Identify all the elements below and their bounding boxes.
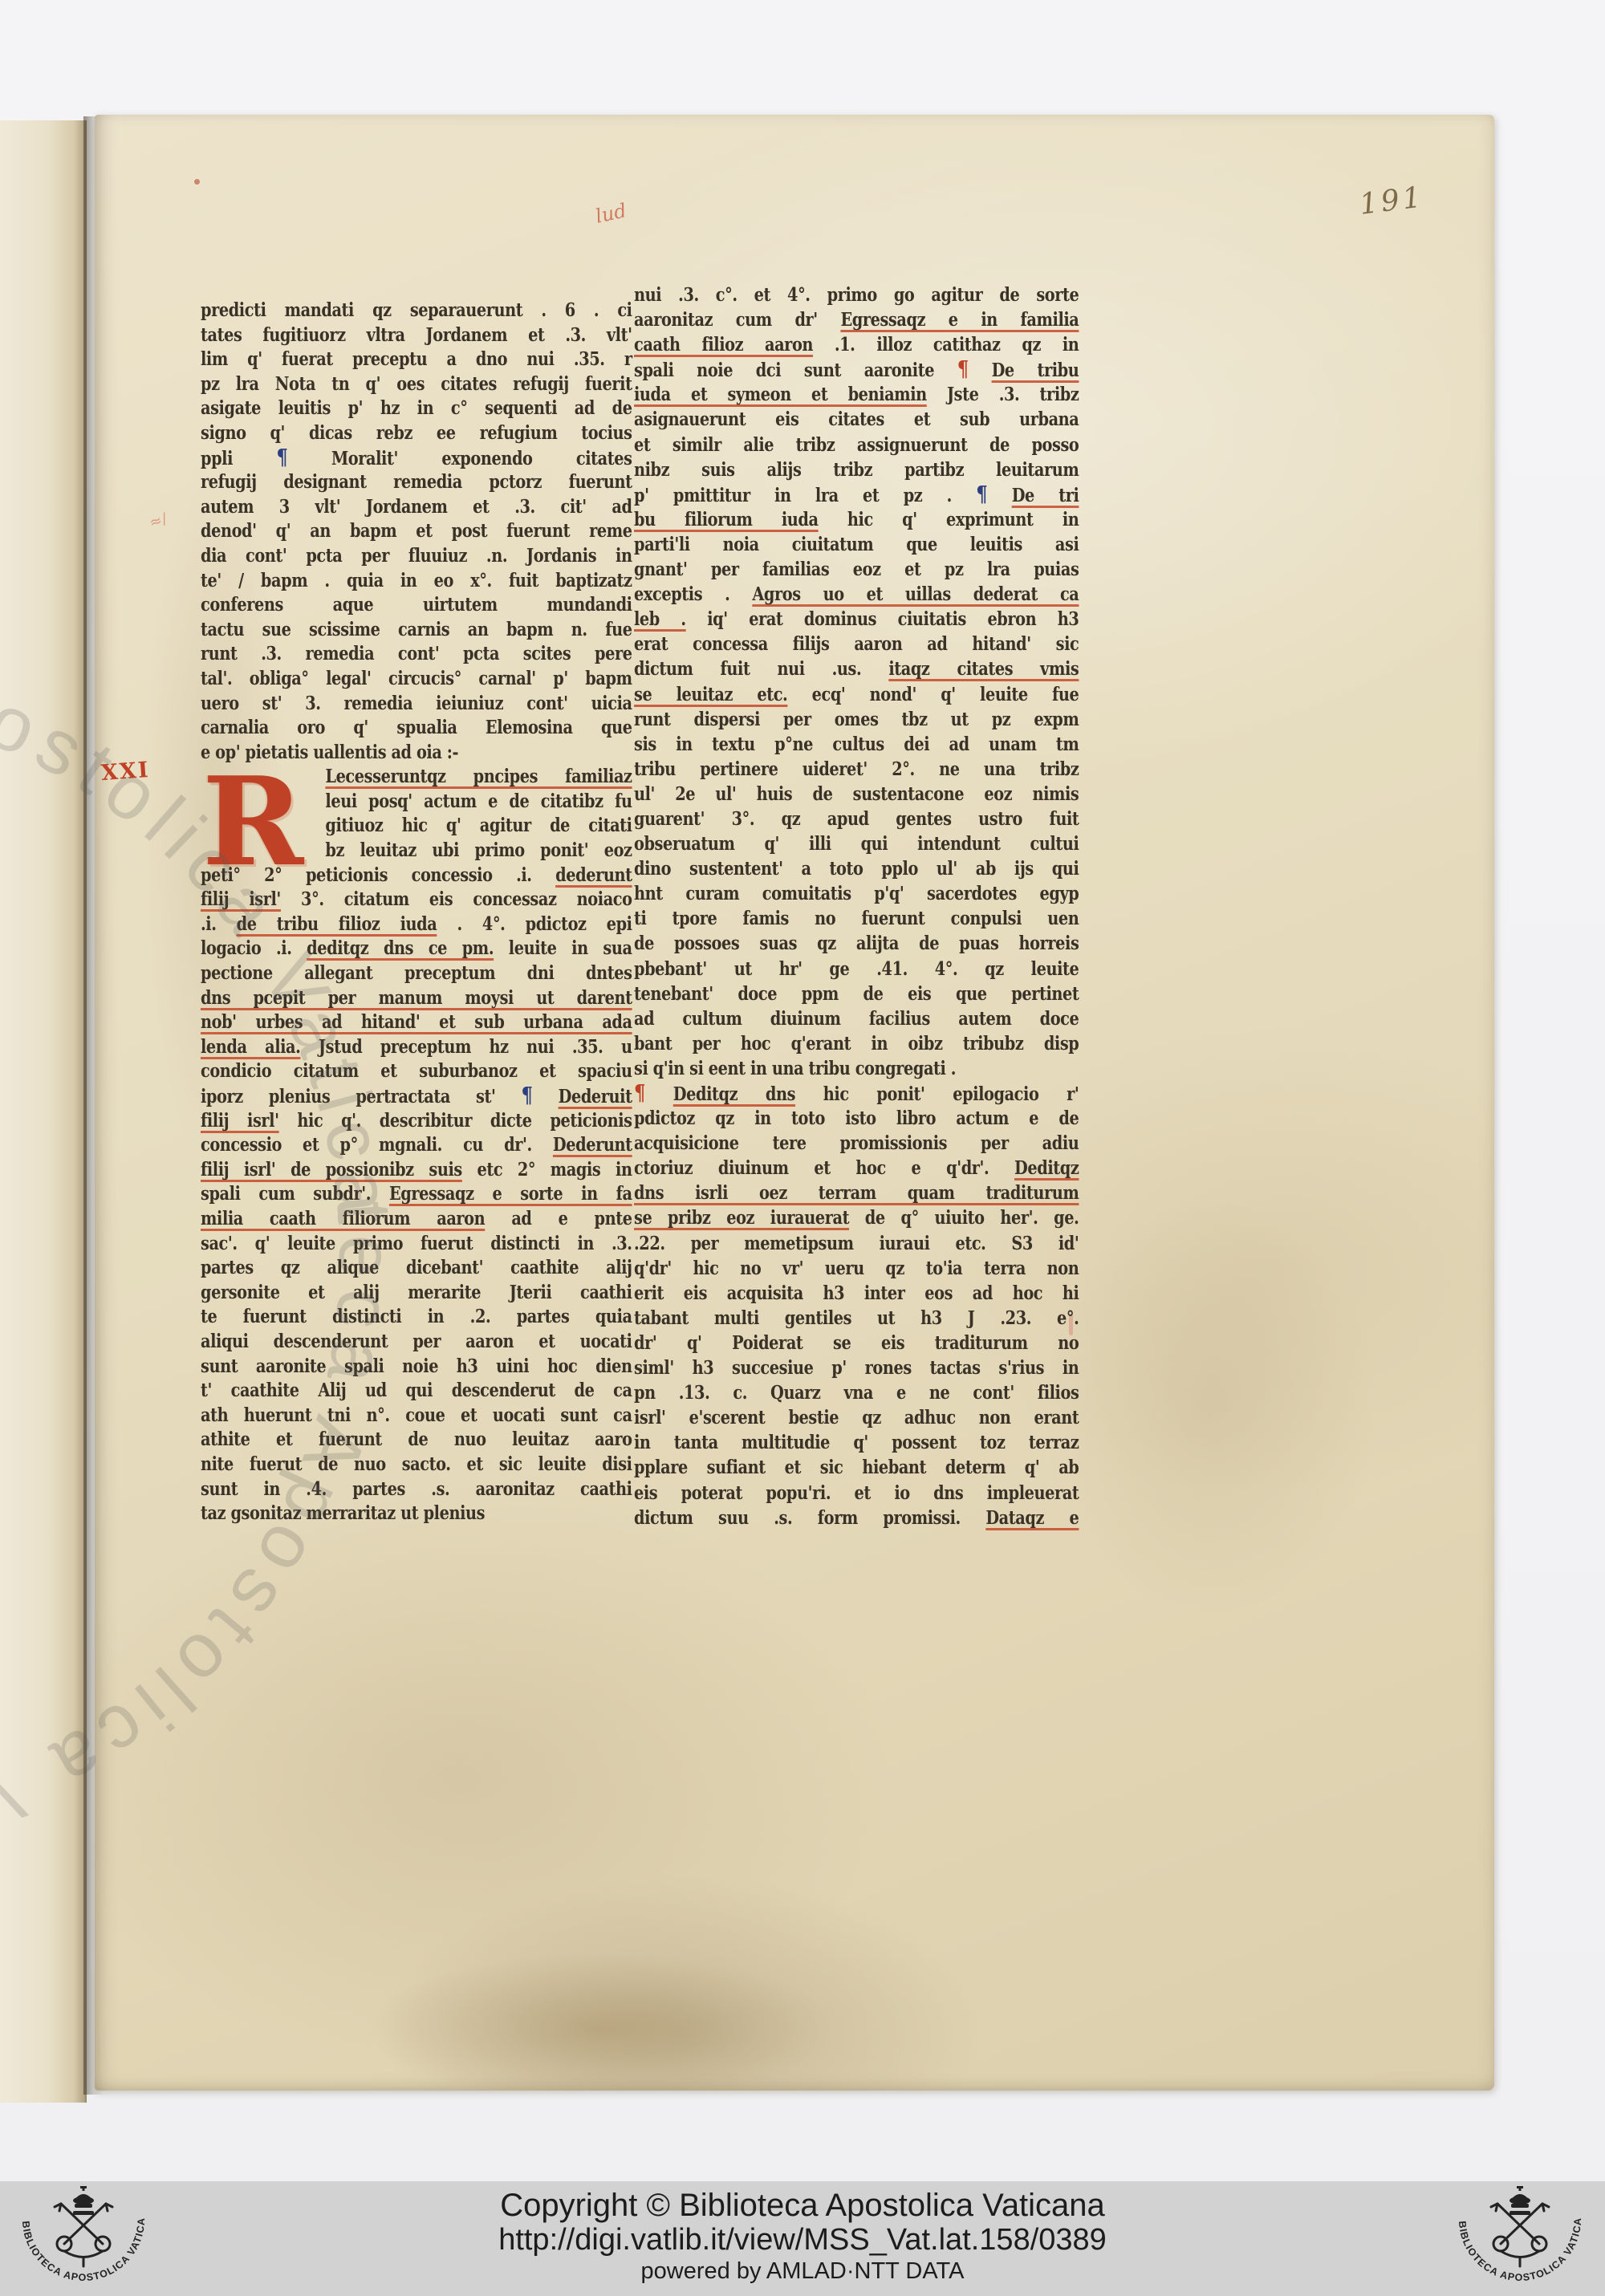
manuscript-line: ad cultum diuinum facilius autem doce bbox=[634, 1006, 1079, 1031]
manuscript-line: tabant multi gentiles ut h3 J .23. e°. bbox=[634, 1306, 1079, 1331]
manuscript-line: nite fuerut de nuo sacto. et sic leuite … bbox=[201, 1453, 632, 1477]
manuscript-line: obseruatum q' illi qui intendunt cultui bbox=[634, 831, 1079, 856]
manuscript-line: bu filiorum iuda hic q' exprimunt in bbox=[634, 507, 1079, 532]
manuscript-line: dr' q' Poiderat se eis traditurum no bbox=[634, 1331, 1079, 1355]
manuscript-line: uero st' 3. remedia ieiuniuz cont' uicia bbox=[201, 692, 632, 717]
manuscript-line: dino sustentent' a toto pplo ul' ab ijs … bbox=[634, 856, 1079, 881]
manuscript-line: taz gsonitaz merraritaz ut plenius bbox=[201, 1502, 632, 1526]
manuscript-line: runt dispersi per omes tbz ut pz expm bbox=[634, 707, 1079, 732]
manuscript-line: pn .13. c. Quarz vna e ne cont' filios bbox=[634, 1380, 1079, 1405]
manuscript-line: iporz plenius pertractata st' ¶ Dederuit bbox=[201, 1084, 632, 1109]
manuscript-line: asignauerunt eis citates et sub urbana bbox=[634, 407, 1079, 432]
manuscript-line: carnalia oro q' spualia Elemosina que bbox=[201, 716, 632, 741]
manuscript-line: runt .3. remedia cont' pcta scites pere bbox=[201, 642, 632, 667]
manuscript-line: parti'li noia ciuitatum que leuitis asi bbox=[634, 532, 1079, 557]
manuscript-line: dns pcepit per manum moysi ut darent bbox=[201, 986, 632, 1011]
manuscript-line: denod' q' an bapm et post fuerunt reme bbox=[201, 519, 632, 544]
manuscript-line: siml' h3 succesiue p' rones tactas s'riu… bbox=[634, 1355, 1079, 1380]
facing-page-edge bbox=[0, 120, 87, 2103]
manuscript-line: milia caath filiorum aaron ad e pnte bbox=[201, 1207, 632, 1232]
ink-speck bbox=[194, 179, 200, 185]
manuscript-line: Lecesseruntqz pncipes familiaz bbox=[325, 765, 632, 790]
manuscript-line: eis poterat popu'ri. et io dns impleuera… bbox=[634, 1481, 1079, 1506]
manuscript-line: se leuitaz etc. ecq' nond' q' leuite fue bbox=[634, 682, 1079, 707]
manuscript-line: gitiuoz hic q' agitur de citati bbox=[325, 814, 632, 839]
manuscript-line: erat concessa filijs aaron ad hitand' si… bbox=[634, 632, 1079, 656]
footer-url: http://digi.vatlib.it/view/MSS_Vat.lat.1… bbox=[0, 2223, 1605, 2257]
manuscript-line: tates fugitiuorz vltra Jordanem et .3. v… bbox=[201, 323, 632, 348]
manuscript-line: asigate leuitis p' hz in c° sequenti ad … bbox=[201, 396, 632, 421]
manuscript-line: sunt aaronite spali noie h3 uini hoc die… bbox=[201, 1355, 632, 1380]
manuscript-line: athite et fuerunt de nuo leuitaz aaro bbox=[201, 1428, 632, 1453]
margin-chapter-numeral: XXI bbox=[100, 758, 151, 786]
manuscript-line: conferens aque uirtutem mundandi bbox=[201, 593, 632, 618]
manuscript-line: tenebant' doce ppm de eis que pertinet bbox=[634, 981, 1079, 1006]
manuscript-line: autem 3 vlt' Jordanem et .3. cit' ad bbox=[201, 495, 632, 520]
manuscript-line: nibz suis alijs tribz partibz leuitarum bbox=[634, 457, 1079, 482]
manuscript-line: tal'. obliga° legal' circucis° carnal' p… bbox=[201, 667, 632, 692]
manuscript-line: gnant' per familias eoz et pz lra puias bbox=[634, 557, 1079, 582]
manuscript-line: ti tpore famis no fuerunt conpulsi uen bbox=[634, 906, 1079, 931]
manuscript-line: pdictoz qz in toto isto libro actum e de bbox=[634, 1106, 1079, 1131]
manuscript-line: lenda alia. Jstud preceptum hz nui .35. … bbox=[201, 1035, 632, 1060]
manuscript-line: bz leuitaz ubi primo ponit' eoz bbox=[325, 839, 632, 864]
manuscript-line: tactu sue scissime carnis an bapm n. fue bbox=[201, 618, 632, 643]
manuscript-line: p' pmittitur in lra et pz . ¶ De tri bbox=[634, 482, 1079, 507]
manuscript-line: sac'. q' leuite primo fuerut distincti i… bbox=[201, 1232, 632, 1257]
manuscript-line: aliqui descenderunt per aaron et uocati bbox=[201, 1330, 632, 1355]
vatican-library-logo-left bbox=[13, 2186, 154, 2294]
footer-powered-by: powered by AMLAD·NTT DATA bbox=[0, 2257, 1605, 2286]
manuscript-line: guarent' 3°. qz apud gentes ustro fuit bbox=[634, 807, 1079, 831]
vatican-library-logo-right bbox=[1449, 2186, 1591, 2294]
manuscript-line: dictum suu .s. form promissi. Dataqz e bbox=[634, 1506, 1079, 1530]
manuscript-line: pbebant' ut hr' ge .41. 4°. qz leuite bbox=[634, 957, 1079, 981]
parchment-stain bbox=[368, 1953, 833, 2091]
manuscript-line: si q'in si eent in una tribu congregati … bbox=[634, 1056, 1079, 1081]
manuscript-line: logacio .i. deditqz dns ce pm. leuite in… bbox=[201, 937, 632, 961]
manuscript-line: dictum fuit nui .us. itaqz citates vmis bbox=[634, 656, 1079, 681]
manuscript-line: de possoes suas qz alijta de puas horrei… bbox=[634, 931, 1079, 956]
manuscript-line: q'dr' hic no vr' ueru qz to'ia terra non bbox=[634, 1256, 1079, 1281]
manuscript-line: spali noie dci sunt aaronite ¶ De tribu bbox=[634, 357, 1079, 382]
manuscript-line: refugij designant remedia pctorz fuerunt bbox=[201, 470, 632, 495]
scan-photo-area: predicti mandati qz separauerunt . 6 . c… bbox=[0, 0, 1605, 2181]
manuscript-line: erit eis acquisita h3 inter eos ad hoc h… bbox=[634, 1281, 1079, 1306]
manuscript-line: .22. per memetipsum iuraui etc. S3 id' bbox=[634, 1231, 1079, 1256]
manuscript-line: ppli ¶ Moralit' exponendo citates bbox=[201, 446, 632, 471]
manuscript-line: se pribz eoz iurauerat de q° uiuito her'… bbox=[634, 1205, 1079, 1230]
manuscript-line: sis in textu p°ne cultus dei ad unam tm bbox=[634, 732, 1079, 757]
manuscript-line: nob' urbes ad hitand' et sub urbana ada bbox=[201, 1010, 632, 1035]
manuscript-line: condicio citatum et suburbanoz et spaciu bbox=[201, 1059, 632, 1084]
manuscript-line: acquisicione tere promissionis per adiu bbox=[634, 1131, 1079, 1156]
manuscript-line: concessio et p° mgnali. cu dr'. Dederunt bbox=[201, 1133, 632, 1158]
manuscript-line: aaronitaz cum dr' Egressaqz e in familia bbox=[634, 307, 1079, 332]
manuscript-column-left: predicti mandati qz separauerunt . 6 . c… bbox=[201, 299, 632, 1526]
footer-text-block: Copyright © Biblioteca Apostolica Vatica… bbox=[0, 2181, 1605, 2286]
footer-copyright: Copyright © Biblioteca Apostolica Vatica… bbox=[0, 2188, 1605, 2223]
rubricated-initial-R: R bbox=[202, 761, 303, 883]
manuscript-line: nui .3. c°. et 4°. primo go agitur de so… bbox=[634, 282, 1079, 307]
manuscript-line: ¶ Deditqz dns hic ponit' epilogacio r' bbox=[634, 1081, 1079, 1106]
manuscript-line: et similr alie tribz assignuerunt de pos… bbox=[634, 433, 1079, 457]
manuscript-line: ctoriuz diuinum et hoc e q'dr'. Deditqz bbox=[634, 1156, 1079, 1181]
manuscript-line: dns isrli oez terram quam traditurum bbox=[634, 1181, 1079, 1205]
manuscript-line: te' / bapm . quia in eo x°. fuit baptiza… bbox=[201, 569, 632, 594]
manuscript-line: ath huerunt tni n°. coue et uocati sunt … bbox=[201, 1404, 632, 1428]
manuscript-line: .i. de tribu filioz iuda . 4°. pdictoz e… bbox=[201, 912, 632, 937]
manuscript-line: filij isrl' de possionibz suis etc 2° ma… bbox=[201, 1158, 632, 1183]
manuscript-line: t' caathite Alij ud qui descenderut de c… bbox=[201, 1379, 632, 1404]
manuscript-line: leb . iq' erat dominus ciuitatis ebron h… bbox=[634, 607, 1079, 632]
manuscript-line: spali cum subdr'. Egressaqz e sorte in f… bbox=[201, 1182, 632, 1207]
manuscript-line: partes qz alique dicebant' caathite alij bbox=[201, 1256, 632, 1281]
footer-bar: Copyright © Biblioteca Apostolica Vatica… bbox=[0, 2181, 1605, 2296]
manuscript-line: exceptis . Agros uo et uillas dederat ca bbox=[634, 582, 1079, 607]
manuscript-line: tribu pertinere uideret' 2°. ne una trib… bbox=[634, 757, 1079, 782]
manuscript-column-right: nui .3. c°. et 4°. primo go agitur de so… bbox=[634, 282, 1079, 1530]
manuscript-line: pplare sufiant et sic hiebant determ q' … bbox=[634, 1455, 1079, 1480]
manuscript-line: ul' 2e ul' huis de sustentacone eoz nimi… bbox=[634, 782, 1079, 807]
manuscript-line: te fuerunt distincti in .2. partes quia bbox=[201, 1305, 632, 1330]
manuscript-line: bant per hoc q'erant in oibz tribubz dis… bbox=[634, 1031, 1079, 1056]
manuscript-line: predicti mandati qz separauerunt . 6 . c… bbox=[201, 299, 632, 323]
parchment-stain bbox=[1042, 1198, 1379, 1615]
manuscript-line: dia cont' pcta per fluuiuz .n. Jordanis … bbox=[201, 544, 632, 569]
manuscript-line: lim q' fuerat preceptu a dno nui .35. r bbox=[201, 347, 632, 372]
manuscript-line: leui posq' actum e de citatibz fu bbox=[325, 790, 632, 815]
manuscript-line: iuda et symeon et beniamin Jste .3. trib… bbox=[634, 382, 1079, 407]
manuscript-line: caath filioz aaron .1. illoz catithaz qz… bbox=[634, 332, 1079, 357]
manuscript-line: signo q' dicas rebz ee refugium tocius bbox=[201, 421, 632, 446]
manuscript-line: hnt curam comuitatis p'q' sacerdotes egy… bbox=[634, 881, 1079, 906]
manuscript-line: pectione allegant preceptum dni dntes bbox=[201, 961, 632, 986]
manuscript-line: sunt in .4. partes .s. aaronitaz caathi bbox=[201, 1477, 632, 1502]
manuscript-line: in tanta multitudie q' possent toz terra… bbox=[634, 1430, 1079, 1455]
manuscript-line: filij isrl' hic q'. describitur dicte pe… bbox=[201, 1109, 632, 1134]
manuscript-line: gersonite et alij merarite Jterii caathi bbox=[201, 1281, 632, 1306]
manuscript-line: pz lra Nota tn q' oes citates refugij fu… bbox=[201, 372, 632, 397]
manuscript-line: isrl' e'scerent bestie qz adhuc non eran… bbox=[634, 1405, 1079, 1430]
